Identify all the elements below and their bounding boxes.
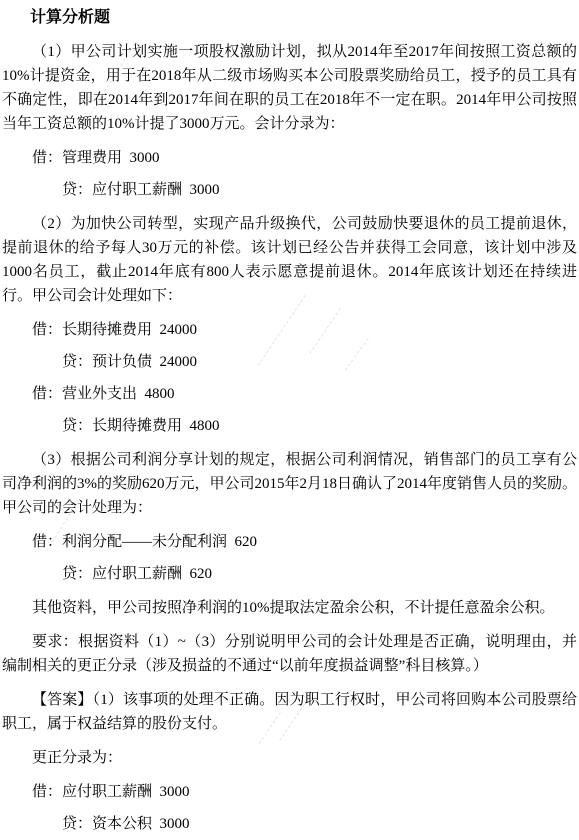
document-page: 计算分析题 （1）甲公司计划实施一项股权激励计划，拟从2014年至2017年间按… — [0, 0, 579, 836]
journal-entry-credit: 贷：预计负债 24000 — [2, 350, 577, 374]
journal-entry-debit: 借：管理费用 3000 — [2, 146, 577, 170]
journal-entry-debit: 借：利润分配——未分配利润 620 — [2, 530, 577, 554]
paragraph-correction-label: 更正分录为： — [2, 746, 577, 770]
paragraph-scenario-1: （1）甲公司计划实施一项股权激励计划，拟从2014年至2017年间按照工资总额的… — [2, 40, 577, 136]
journal-entry-credit: 贷：资本公积 3000 — [2, 812, 577, 836]
paragraph-scenario-3: （3）根据公司利润分享计划的规定，根据公司利润情况，销售部门的员工享有公司净利润… — [2, 448, 577, 520]
journal-entry-debit: 借：营业外支出 4800 — [2, 382, 577, 406]
paragraph-requirements: 要求：根据资料（1）~（3）分别说明甲公司的会计处理是否正确，说明理由，并编制相… — [2, 630, 577, 678]
journal-entry-debit: 借：应付职工薪酬 3000 — [2, 780, 577, 804]
paragraph-scenario-2: （2）为加快公司转型，实现产品升级换代，公司鼓励快要退休的员工提前退休，提前退休… — [2, 212, 577, 308]
journal-entry-credit: 贷：应付职工薪酬 3000 — [2, 178, 577, 202]
journal-entry-debit: 借：长期待摊费用 24000 — [2, 318, 577, 342]
document-title: 计算分析题 — [2, 6, 577, 30]
journal-entry-credit: 贷：长期待摊费用 4800 — [2, 414, 577, 438]
paragraph-other-info: 其他资料，甲公司按照净利润的10%提取法定盈余公积，不计提任意盈余公积。 — [2, 596, 577, 620]
paragraph-answer: 【答案】（1）该事项的处理不正确。因为职工行权时，甲公司将回购本公司股票给职工，… — [2, 688, 577, 736]
journal-entry-credit: 贷：应付职工薪酬 620 — [2, 562, 577, 586]
